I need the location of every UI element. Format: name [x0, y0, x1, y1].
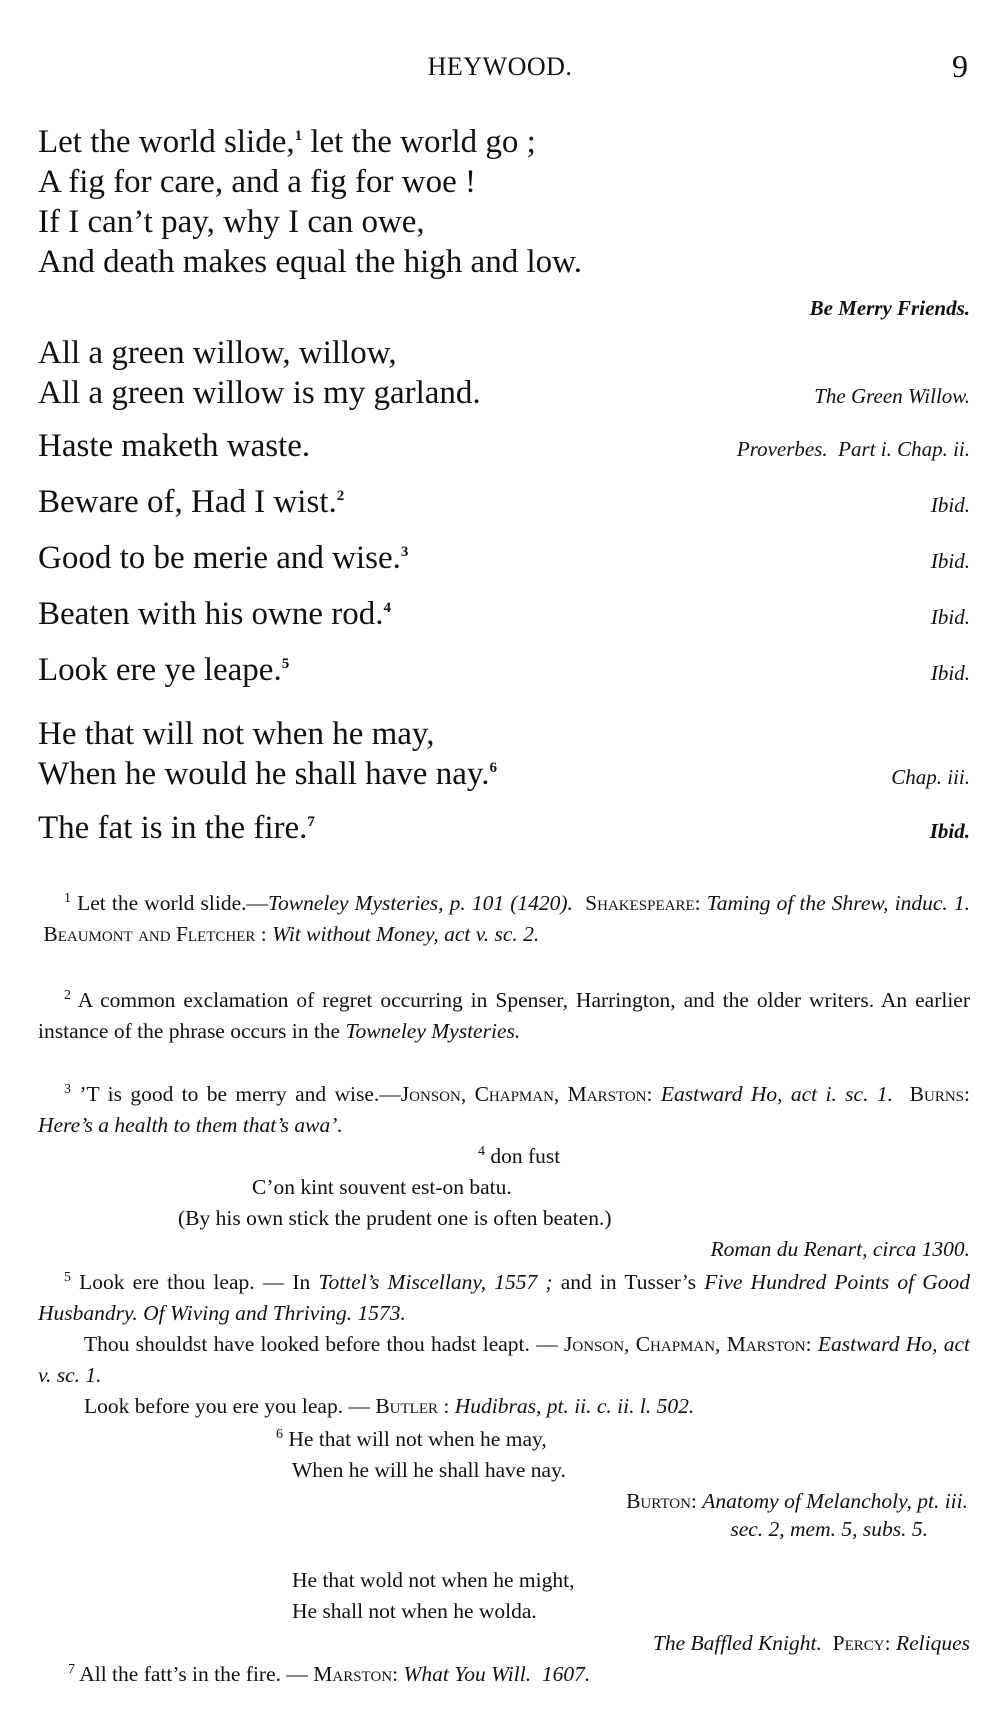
footnote-ref[interactable]: 7 [307, 814, 315, 830]
footnote-6-line4: He shall not when he wolda. [292, 1596, 537, 1627]
quote-source: Chap. iii. [891, 765, 970, 790]
verse-line: Beware of, Had I wist.2 [38, 482, 344, 522]
verse-line: When he would he shall have nay.6 [38, 754, 497, 794]
page-number: 9 [952, 48, 968, 85]
footnote-ref[interactable]: 1 [295, 128, 303, 144]
verse-line: The fat is in the fire.7 [38, 808, 315, 848]
footnote-number: 1 [64, 891, 71, 906]
quote-source: The Green Willow. [814, 384, 970, 409]
footnote-5: 5 Look ere thou leap. — In Tottel’s Misc… [38, 1267, 970, 1329]
footnote-4-line1: 4 don fust [478, 1141, 560, 1172]
footnote-6-line2: When he will he shall have nay. [292, 1455, 566, 1486]
footnote-ref[interactable]: 3 [401, 544, 409, 560]
footnote-4-line2: C’on kint souvent est-on batu. [252, 1172, 512, 1203]
footnote-6-line3: He that wold not when he might, [292, 1565, 574, 1596]
verse-line: All a green willow, willow, [38, 333, 397, 373]
verse-line: Let the world slide,1 let the world go ; [38, 122, 536, 162]
footnote-2: 2 A common exclamation of regret occurri… [38, 985, 970, 1047]
running-title: HEYWOOD. [0, 52, 1000, 82]
footnote-number: 5 [64, 1270, 71, 1285]
footnote-ref[interactable]: 6 [489, 760, 497, 776]
footnote-7: 7 All the fatt’s in the fire. — Marston:… [68, 1659, 590, 1690]
footnote-5-para2: Thou shouldst have looked before thou ha… [38, 1329, 970, 1391]
quote-source: Ibid. [931, 605, 970, 630]
footnote-5-para3: Look before you ere you leap. — Butler :… [84, 1391, 694, 1422]
quote-source: Proverbes. Part i. Chap. ii. [737, 437, 970, 462]
verse-line: Beaten with his owne rod.4 [38, 594, 391, 634]
verse-line: Good to be merie and wise.3 [38, 538, 408, 578]
footnote-ref[interactable]: 5 [282, 656, 290, 672]
footnote-6-source2: The Baffled Knight. Percy: Reliques [653, 1628, 970, 1659]
footnote-ref[interactable]: 4 [384, 600, 392, 616]
footnote-4-line3: (By his own stick the prudent one is oft… [178, 1203, 612, 1234]
footnote-6-source-cont: sec. 2, mem. 5, subs. 5. [730, 1514, 928, 1545]
footnote-number: 3 [64, 1082, 71, 1097]
footnote-ref[interactable]: 2 [337, 488, 345, 504]
footnote-6-line1: 6 He that will not when he may, [276, 1424, 547, 1455]
quote-source: Ibid. [931, 661, 970, 686]
verse-line: He that will not when he may, [38, 714, 435, 754]
footnote-3: 3 ’T is good to be merry and wise.—Jonso… [38, 1079, 970, 1141]
verse-line: Look ere ye leape.5 [38, 650, 289, 690]
footnote-6-source: Burton: Anatomy of Melancholy, pt. iii. [626, 1486, 968, 1517]
quote-source: Be Merry Friends. [810, 296, 970, 321]
verse-line: All a green willow is my garland. [38, 373, 481, 413]
footnote-4-source: Roman du Renart, circa 1300. [710, 1234, 970, 1265]
quote-source: Ibid. [931, 549, 970, 574]
footnote-number: 2 [64, 988, 71, 1003]
quote-source: Ibid. [931, 493, 970, 518]
verse-line: If I can’t pay, why I can owe, [38, 202, 425, 242]
verse-line: A fig for care, and a fig for woe ! [38, 162, 476, 202]
footnote-1: 1 Let the world slide.—Towneley Mysterie… [38, 888, 970, 950]
quote-source: Ibid. [930, 819, 970, 844]
verse-line: Haste maketh waste. [38, 426, 310, 466]
verse-line: And death makes equal the high and low. [38, 242, 582, 282]
